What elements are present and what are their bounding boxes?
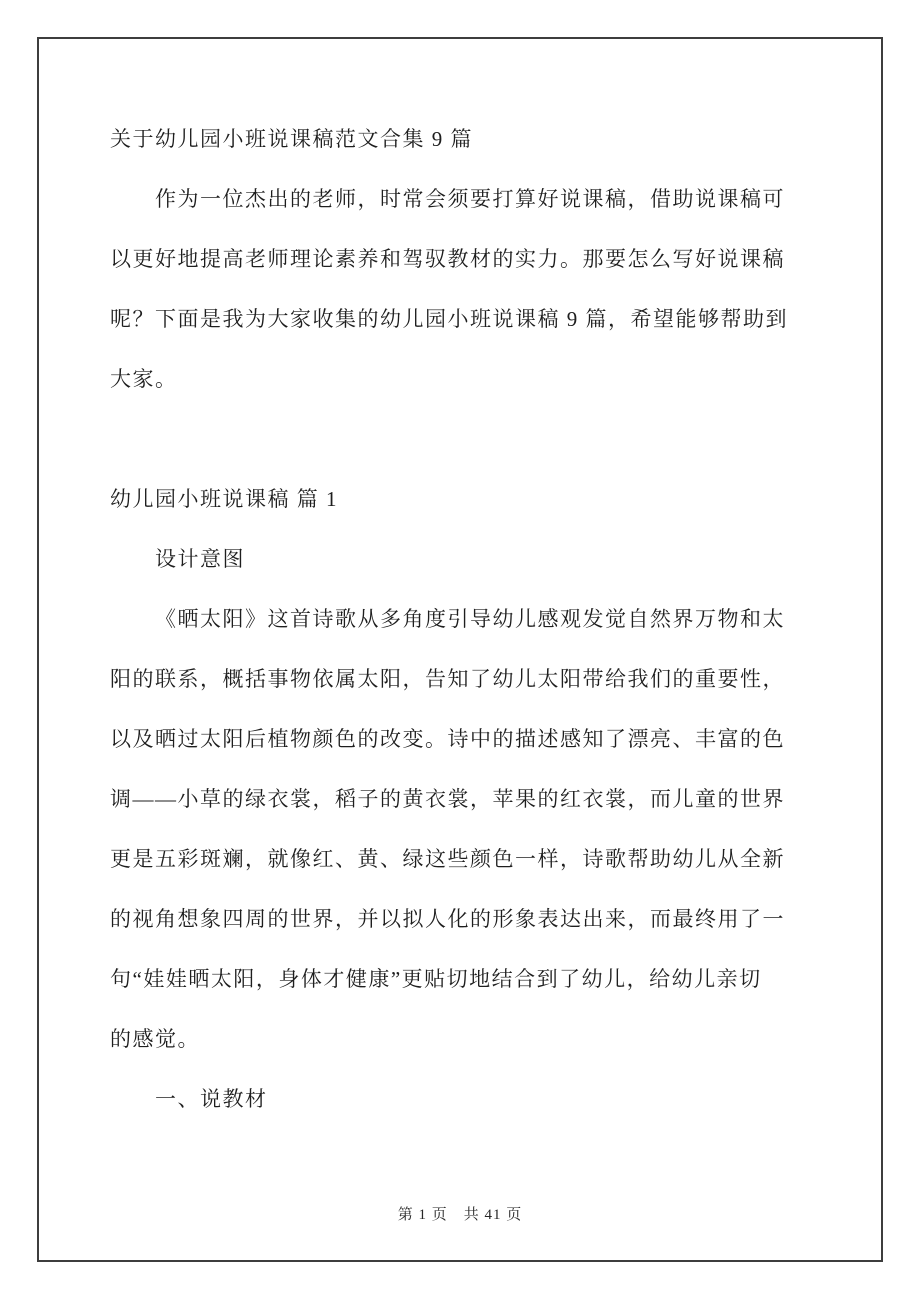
text-line: 《晒太阳》这首诗歌从多角度引导幼儿感观发觉自然界万物和太 xyxy=(110,589,816,649)
text-line: 调——小草的绿衣裳，稻子的黄衣裳，苹果的红衣裳，而儿童的世界 xyxy=(110,769,816,829)
text-line: 阳的联系，概括事物依属太阳，告知了幼儿太阳带给我们的重要性， xyxy=(110,649,816,709)
page-number-label: 第 1 页 共 41 页 xyxy=(398,1207,523,1223)
page-footer: 第 1 页 共 41 页 xyxy=(39,1204,881,1226)
text-line: 以及晒过太阳后植物颜色的改变。诗中的描述感知了漂亮、丰富的色 xyxy=(110,709,816,769)
text-line: 的视角想象四周的世界，并以拟人化的形象表达出来，而最终用了一 xyxy=(110,889,816,949)
text-line: 设计意图 xyxy=(110,529,816,589)
text-line: 关于幼儿园小班说课稿范文合集 9 篇 xyxy=(110,109,816,169)
text-line: 大家。 xyxy=(110,349,816,409)
text-line: 一、说教材 xyxy=(110,1069,816,1129)
document-body: 关于幼儿园小班说课稿范文合集 9 篇作为一位杰出的老师，时常会须要打算好说课稿，… xyxy=(110,109,816,1129)
blank-line xyxy=(110,409,816,469)
text-line: 更是五彩斑斓，就像红、黄、绿这些颜色一样，诗歌帮助幼儿从全新 xyxy=(110,829,816,889)
page-border: 关于幼儿园小班说课稿范文合集 9 篇作为一位杰出的老师，时常会须要打算好说课稿，… xyxy=(37,37,883,1262)
document-page: 关于幼儿园小班说课稿范文合集 9 篇作为一位杰出的老师，时常会须要打算好说课稿，… xyxy=(0,0,920,1302)
text-line: 幼儿园小班说课稿 篇 1 xyxy=(110,469,816,529)
text-line: 作为一位杰出的老师，时常会须要打算好说课稿，借助说课稿可 xyxy=(110,169,816,229)
text-line: 句“娃娃晒太阳，身体才健康”更贴切地结合到了幼儿，给幼儿亲切 xyxy=(110,949,816,1009)
text-line: 的感觉。 xyxy=(110,1009,816,1069)
text-line: 呢？下面是我为大家收集的幼儿园小班说课稿 9 篇，希望能够帮助到 xyxy=(110,289,816,349)
text-line: 以更好地提高老师理论素养和驾驭教材的实力。那要怎么写好说课稿 xyxy=(110,229,816,289)
